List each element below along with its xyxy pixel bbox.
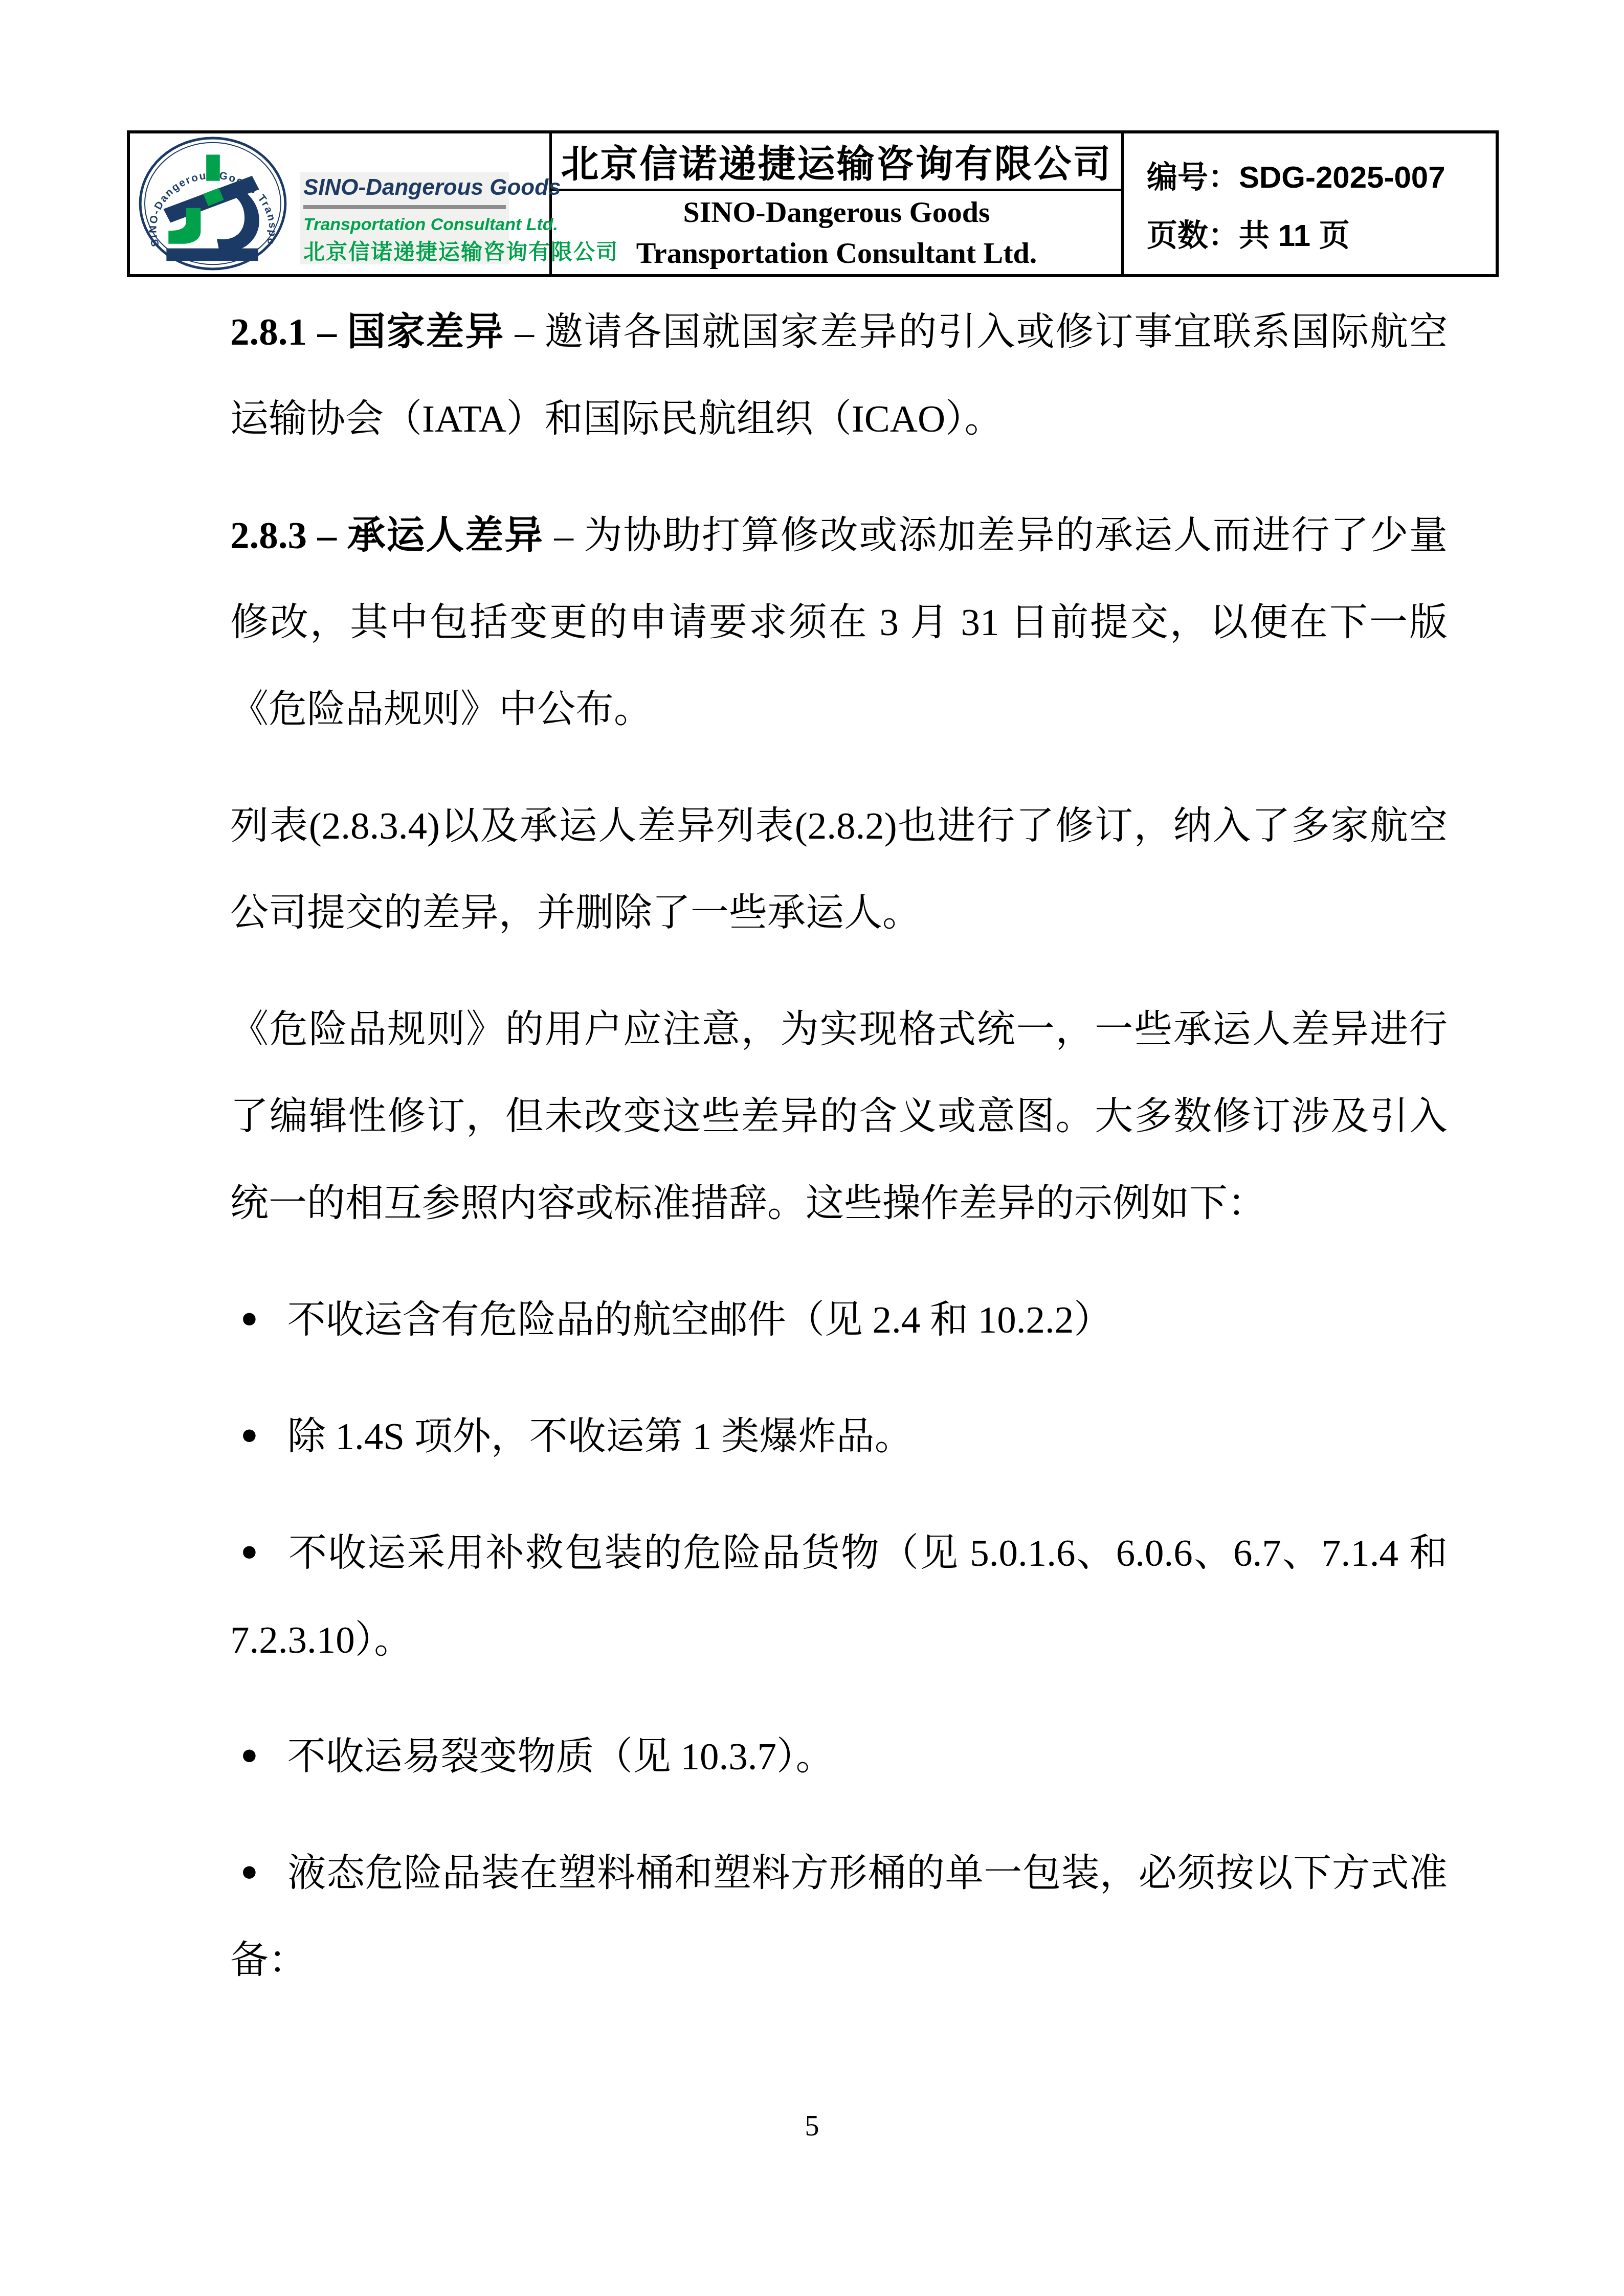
bullet-icon: • [238,1533,261,1574]
logo-cell: SINO-Dangerous Goods Transportation Cons… [130,133,552,274]
company-title-cn: 北京信诺递捷运输咨询有限公司 [552,133,1121,191]
bullet-icon: • [238,1299,261,1341]
paragraph-2-8-1-heading: 2.8.1 – 国家差异 [230,311,504,353]
doc-number-value: SDG-2025-007 [1239,160,1445,195]
paragraph-2-8-3-heading: 2.8.3 – 承运人差异 [230,514,544,557]
page-count-row: 页数： 共 11 页 [1147,211,1496,255]
company-title-en-line2: Transportation Consultant Ltd. [636,233,1037,274]
company-title-en-line1: SINO-Dangerous Goods [683,192,990,233]
bullet-icon: • [238,1853,261,1895]
paragraph-lists-revised: 列表(2.8.3.4)以及承运人差异列表(2.8.2)也进行了修订，纳入了多家航… [230,783,1448,957]
document-page: SINO-Dangerous Goods Transportation Cons… [0,0,1624,2296]
bullet-icon: • [238,1736,261,1778]
company-title-en: SINO-Dangerous Goods Transportation Cons… [552,191,1121,274]
bullet-item-fissile-text: 不收运易裂变物质（见 10.3.7）。 [287,1736,834,1778]
header-table: SINO-Dangerous Goods Transportation Cons… [127,130,1499,277]
company-logo-icon: SINO-Dangerous Goods Transportation Cons… [137,136,288,272]
bullet-item-liquid-drums-text: 液态危险品装在塑料桶和塑料方形桶的单一包装，必须按以下方式准备： [230,1852,1448,1982]
bullet-item-airmail-text: 不收运含有危险品的航空邮件（见 2.4 和 10.2.2） [287,1299,1113,1341]
doc-info-cell: 编号： SDG-2025-007 页数： 共 11 页 [1124,133,1496,274]
company-cell: 北京信诺递捷运输咨询有限公司 SINO-Dangerous Goods Tran… [552,133,1124,274]
logo-brand-divider [303,205,506,209]
bullet-item-liquid-drums: •液态危险品装在塑料桶和塑料方形桶的单一包装，必须按以下方式准备： [230,1830,1448,2004]
logo-brand-cn: 北京信诺递捷运输咨询有限公司 [303,239,506,265]
bullet-item-explosives: •除 1.4S 项外，不收运第 1 类爆炸品。 [230,1393,1448,1480]
logo-brand-block: SINO-Dangerous Goods Transportation Cons… [300,172,509,264]
page-count-label: 页数： [1147,211,1239,255]
paragraph-users-note: 《危险品规则》的用户应注意，为实现格式统一，一些承运人差异进行了编辑性修订，但未… [230,986,1448,1247]
bullet-item-fissile: •不收运易裂变物质（见 10.3.7）。 [230,1714,1448,1800]
doc-number-row: 编号： SDG-2025-007 [1147,153,1496,197]
bullet-item-salvage-packaging-text: 不收运采用补救包装的危险品货物（见 5.0.1.6、6.0.6、6.7、7.1.… [230,1532,1448,1661]
bullet-item-salvage-packaging: •不收运采用补救包装的危险品货物（见 5.0.1.6、6.0.6、6.7、7.1… [230,1510,1448,1684]
bullet-icon: • [238,1416,261,1458]
doc-number-label: 编号： [1147,153,1239,197]
logo-brand-en: SINO-Dangerous Goods [303,174,506,201]
page-count-value: 共 11 页 [1239,211,1350,255]
paragraph-2-8-3: 2.8.3 – 承运人差异 – 为协助打算修改或添加差异的承运人而进行了少量修改… [230,492,1448,753]
page-number: 5 [0,2106,1624,2147]
paragraph-2-8-1: 2.8.1 – 国家差异 – 邀请各国就国家差异的引入或修订事宜联系国际航空运输… [230,289,1448,463]
document-body: 2.8.1 – 国家差异 – 邀请各国就国家差异的引入或修订事宜联系国际航空运输… [230,289,1448,2034]
bullet-item-airmail: •不收运含有危险品的航空邮件（见 2.4 和 10.2.2） [230,1277,1448,1364]
bullet-item-explosives-text: 除 1.4S 项外，不收运第 1 类爆炸品。 [287,1415,913,1458]
logo-brand-sub-en: Transportation Consultant Ltd. [303,214,506,235]
